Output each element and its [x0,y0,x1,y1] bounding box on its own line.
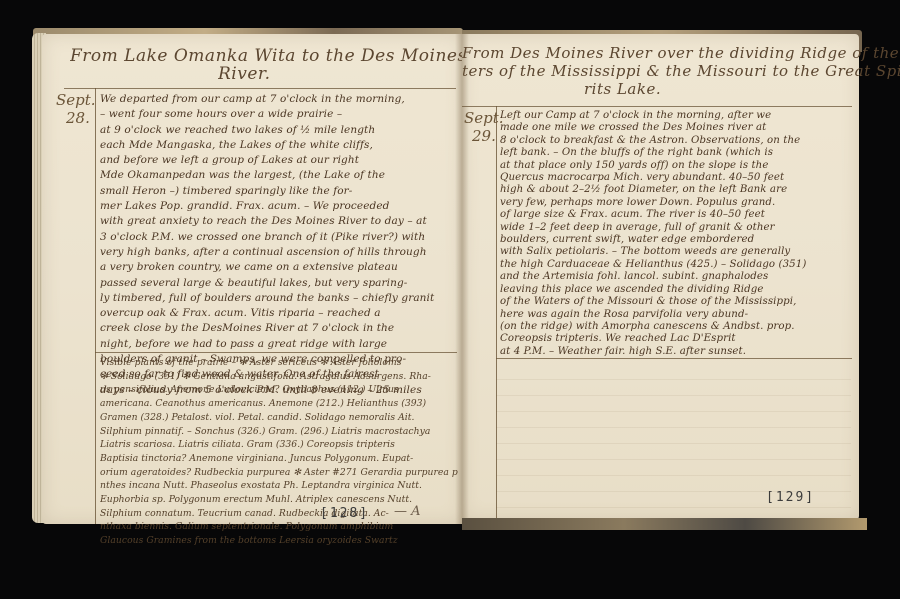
entry-line: Quercus macrocarpa Mich. very abundant. … [500,172,852,184]
entry-line: Coreopsis tripteris. We reached Lac D'Es… [500,333,852,345]
page-number-left: [128] [320,506,369,521]
entry-line: very high banks, after a continual ascen… [100,245,458,260]
entry-line: (on the ridge) with Amorpha canescens & … [500,321,852,333]
entry-line: and before we left a group of Lakes at o… [100,153,458,168]
entry-line: a very broken country, we came on a exte… [100,260,458,275]
entry-line: here was again the Rosa parvifolia very … [500,309,852,321]
right-page-title-line2: ters of the Mississippi & the Missouri t… [462,62,900,80]
entry-line: each Mde Mangaska, the Lakes of the whit… [100,138,458,153]
entry-line: at 9 o'clock we reached two lakes of ½ m… [100,123,458,138]
left-page: From Lake Omanka Wita to the Des Moines … [42,34,463,524]
plant-line: us pensifolius. Anemone Ludoviciana? Oxy… [100,383,458,397]
entry-line: of the Waters of the Missouri & those of… [500,296,852,308]
header-rule [462,106,852,107]
plant-line: Baptisia tinctoria? Anemone virginiana. … [100,452,458,466]
left-page-title-line2: River. [218,64,271,84]
plant-line: nthaxa biennis. Galium septentrionale. P… [100,520,458,534]
entry-line: Left our Camp at 7 o'clock in the mornin… [500,110,852,122]
entry-text: Left our Camp at 7 o'clock in the mornin… [500,110,852,358]
entry-line: ly timbered, full of boulders around the… [100,291,458,306]
plant-line: Liatris scariosa. Liatris ciliata. Gram … [100,438,458,452]
entry-date-day: 29. [472,128,496,145]
plant-line: Visible plants of the prairie – ✻ Aster … [100,356,458,370]
signature-mark: — A [394,504,421,519]
entry-line: small Heron –) timbered sparingly like t… [100,184,458,199]
right-page-title-line1: From Des Moines River over the dividing … [462,44,900,62]
entry-line: very few, perhaps more lower Down. Popul… [500,197,852,209]
entry-line: left bank. – On the bluffs of the right … [500,147,852,159]
plant-line: orium ageratoides? Rudbeckia purpurea ✻ … [100,466,458,480]
entry-line: the high Carduaceae & Helianthus (425.) … [500,259,852,271]
entry-line: boulders, current swift, water edge embo… [500,234,852,246]
plants-note: Visible plants of the prairie – ✻ Aster … [100,356,458,548]
date-margin-rule [496,106,497,520]
entry-line: of large size & Frax. acum. The river is… [500,209,852,221]
entry-line: creek close by the DesMoines River at 7 … [100,321,458,336]
entry-line: high & about 2–2½ foot Diameter, on the … [500,184,852,196]
date-margin-rule [95,88,96,524]
plant-line: ✻ Solidago (351) ✻ Gentiana angustifolia… [100,370,458,384]
plant-line: Silphium pinnatif. – Sonchus (326.) Gram… [100,425,458,439]
header-rule [64,88,456,89]
open-journal: From Lake Omanka Wita to the Des Moines … [0,0,900,599]
entry-line: mer Lakes Pop. grandid. Frax. acum. – We… [100,199,458,214]
entry-line: with Salix petiolaris. – The bottom weed… [500,246,852,258]
entry-line: 3 o'clock P.M. we crossed one branch of … [100,230,458,245]
entry-line: overcup oak & Frax. acum. Vitis riparia … [100,306,458,321]
page-number-right: [129] [766,490,815,505]
entry-line: – went four some hours over a wide prair… [100,107,458,122]
entry-line: wide 1–2 feet deep in average, full of g… [500,222,852,234]
entry-line: night, before we had to pass a great rid… [100,337,458,352]
entry-line: 8 o'clock to breakfast & the Astron. Obs… [500,135,852,147]
entry-line: made one mile we crossed the Des Moines … [500,122,852,134]
entry-date-month: Sept. [464,110,504,127]
left-page-title-line1: From Lake Omanka Wita to the Des Moines [70,46,467,66]
entry-separator-rule [496,358,852,359]
entry-date-day: 28. [66,110,90,127]
entry-line: and the Artemisia fohl. lancol. subint. … [500,271,852,283]
entry-date-month: Sept. [56,92,96,109]
entry-line: Mde Okamanpedan was the largest, (the La… [100,168,458,183]
plant-line: Glaucous Gramines from the bottoms Leers… [100,534,458,548]
entry-line: leaving this place we ascended the divid… [500,284,852,296]
right-page: From Des Moines River over the dividing … [462,34,859,520]
entry-text: We departed from our camp at 7 o'clock i… [100,92,458,398]
book-gutter [455,34,469,524]
entry-line: with great anxiety to reach the Des Moin… [100,214,458,229]
entry-line: passed several large & beautiful lakes, … [100,276,458,291]
book-cover-edge-bottom [462,518,867,530]
plant-line: Gramen (328.) Petalost. viol. Petal. can… [100,411,458,425]
entry-line: at 4 P.M. – Weather fair. high S.E. afte… [500,346,852,358]
entry-line: We departed from our camp at 7 o'clock i… [100,92,458,107]
plant-line: americana. Ceanothus americanus. Anemone… [100,397,458,411]
entry-line: at that place only 150 yards off) on the… [500,160,852,172]
right-page-title-line3: rits Lake. [584,80,661,98]
plant-line: nthes incana Nutt. Phaseolus exostata Ph… [100,479,458,493]
